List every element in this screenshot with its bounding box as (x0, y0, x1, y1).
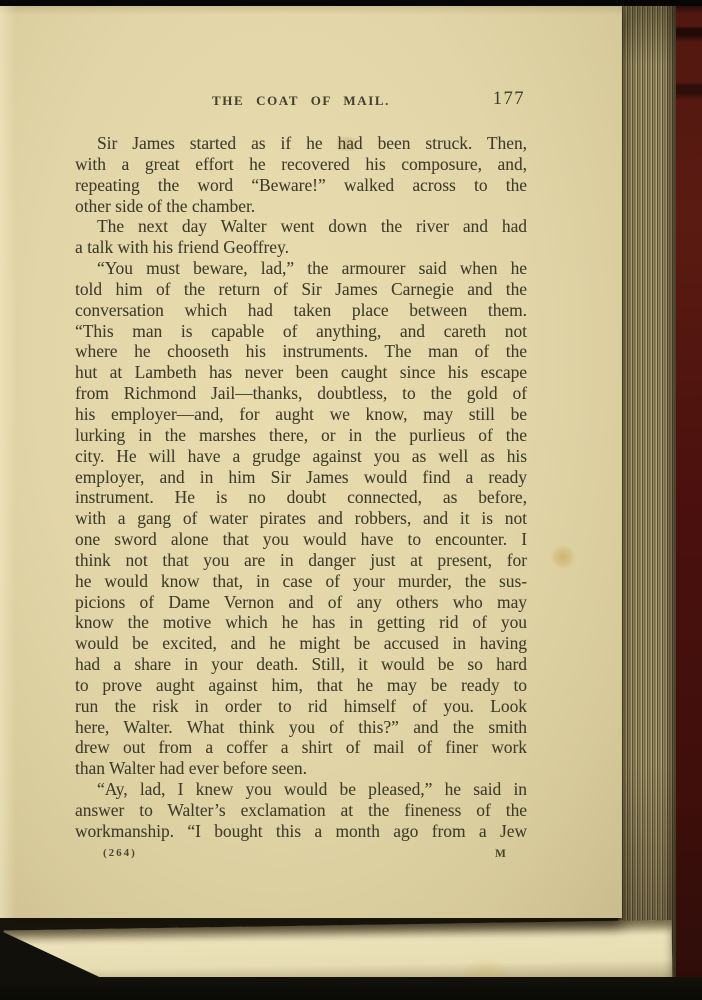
text-line: one sword alone that you would have to e… (75, 529, 527, 550)
text-line: workmanship. “I bought this a month ago … (75, 821, 527, 842)
text-line: his employer—and, for aught we know, may… (75, 404, 527, 425)
book-photo: THE COAT OF MAIL. 177 Sir James started … (0, 0, 702, 1000)
text-line: picions of Dame Vernon and of any others… (75, 592, 527, 613)
body-text: Sir James started as if he had been stru… (75, 133, 527, 842)
running-title: THE COAT OF MAIL. (75, 93, 527, 109)
gathering-mark: M (495, 848, 506, 860)
fore-edge-page-stack (618, 5, 676, 977)
text-line: from Richmond Jail—thanks, doubtless, to… (75, 383, 527, 404)
text-line: think not that you are in danger just at… (75, 550, 527, 571)
text-line: employer, and in him Sir James would fin… (75, 467, 527, 488)
text-line: had a share in your death. Still, it wou… (75, 654, 527, 675)
text-line: instrument. He is no doubt connected, as… (75, 487, 527, 508)
text-line: “You must beware, lad,” the armourer sai… (75, 258, 527, 279)
text-line: told him of the return of Sir James Carn… (75, 279, 527, 300)
text-line: answer to Walter’s exclamation at the fi… (75, 800, 527, 821)
text-line: to prove aught against him, that he may … (75, 675, 527, 696)
text-line: where he chooseth his instruments. The m… (75, 341, 527, 362)
text-line: with a great effort he recovered his com… (75, 154, 527, 175)
paper-stain (550, 545, 576, 569)
text-line: Sir James started as if he had been stru… (75, 133, 527, 154)
text-line: conversation which had taken place betwe… (75, 300, 527, 321)
text-line: than Walter had ever before seen. (75, 758, 527, 779)
text-line: “This man is capable of anything, and ca… (75, 321, 527, 342)
running-header: THE COAT OF MAIL. 177 (75, 93, 527, 115)
book-page: THE COAT OF MAIL. 177 Sir James started … (0, 5, 622, 918)
text-line: “Ay, lad, I knew you would be pleased,” … (75, 779, 527, 800)
text-line: with a gang of water pirates and robbers… (75, 508, 527, 529)
printer-signature: (264) (103, 847, 137, 859)
text-line: The next day Walter went down the river … (75, 216, 527, 237)
text-line: repeating the word “Beware!” walked acro… (75, 175, 527, 196)
text-line: a talk with his friend Geoffrey. (75, 237, 527, 258)
text-line: hut at Lambeth has never been caught sin… (75, 362, 527, 383)
text-line: he would know that, in case of your murd… (75, 571, 527, 592)
text-line: lurking in the marshes there, or in the … (75, 425, 527, 446)
text-line: run the risk in order to rid himself of … (75, 696, 527, 717)
text-line: would be excited, and he might be accuse… (75, 633, 527, 654)
text-line: here, Walter. What think you of this?” a… (75, 717, 527, 738)
photo-backdrop-top (0, 0, 702, 6)
text-line: drew out from a coffer a shirt of mail o… (75, 737, 527, 758)
text-line: know the motive which he has in getting … (75, 612, 527, 633)
text-line: city. He will have a grudge against you … (75, 446, 527, 467)
page-number: 177 (493, 89, 525, 110)
text-line: other side of the chamber. (75, 196, 527, 217)
